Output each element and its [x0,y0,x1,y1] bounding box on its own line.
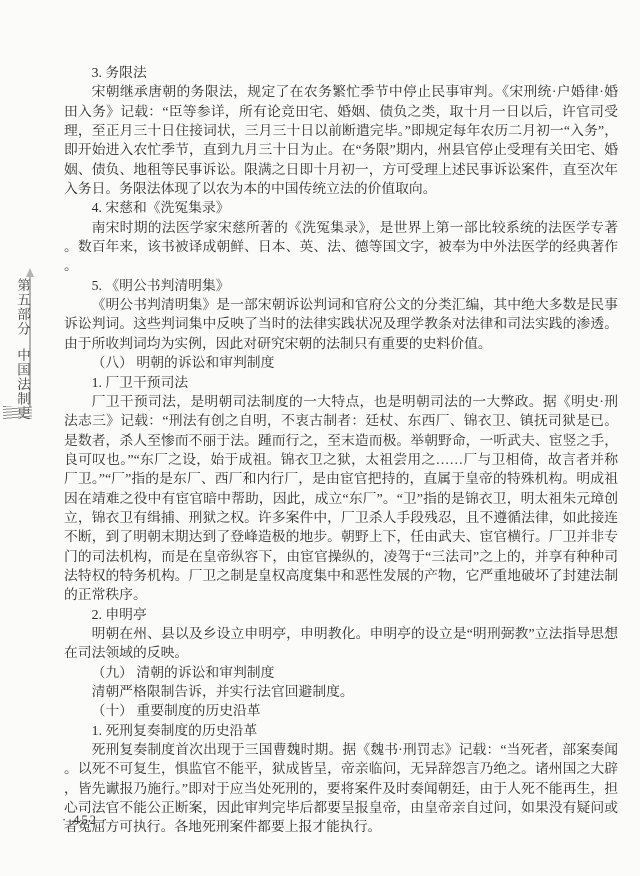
body-paragraph: 《明公书判清明集》是一部宋朝诉讼判词和官府公文的分类汇编，其中绝大多数是民事诉讼… [64,295,618,353]
section-heading: 3. 务限法 [64,63,618,82]
section-heading: 4. 宋慈和《洗冤集录》 [64,198,618,217]
book-page: 第五部分中国法制史 3. 务限法宋朝继承唐朝的务限法，规定了在农务繁忙季节中停止… [0,0,640,876]
section-heading: 5. 《明公书判清明集》 [64,276,618,295]
sidebar-part-label: 第五部分 [15,278,30,336]
section-heading: 1. 死刑复奏制度的历史沿革 [64,721,618,740]
section-heading: （十） 重要制度的历史沿革 [64,701,618,720]
hatch-mark-icon [3,406,32,419]
body-paragraph: 死刑复奏制度首次出现于三国曹魏时期。据《魏书·刑罚志》记载：“当死者，部案奏闻。… [64,740,618,837]
body-paragraph: 清朝严格限制告诉，并实行法官回避制度。 [64,682,618,701]
left-margin-label: 第五部分中国法制史 [0,262,46,432]
section-heading: （九） 清朝的诉讼和审判制度 [64,663,618,682]
body-paragraph: 宋朝继承唐朝的务限法，规定了在农务繁忙季节中停止民事审判。《宋刑统·户婚律·婚田… [64,82,618,198]
page-number: · 452 · [62,813,109,828]
body-paragraph: 明朝在州、县以及乡设立申明亭，申明教化。申明亭的设立是“明刑弼教”立法指导思想在… [64,624,618,663]
section-heading: 2. 申明亭 [64,605,618,624]
section-heading: （八） 明朝的诉讼和审判制度 [64,353,618,372]
section-heading: 1. 厂卫干预司法 [64,373,618,392]
page-text: 3. 务限法宋朝继承唐朝的务限法，规定了在农务繁忙季节中停止民事审判。《宋刑统·… [64,63,618,837]
body-paragraph: 厂卫干预司法，是明朝司法制度的一大特点，也是明朝司法的一大弊政。据《明史·刑法志… [64,392,618,605]
body-paragraph: 南宋时期的法医学家宋慈所著的《洗冤集录》，是世界上第一部比较系统的法医学专著。数… [64,218,618,276]
